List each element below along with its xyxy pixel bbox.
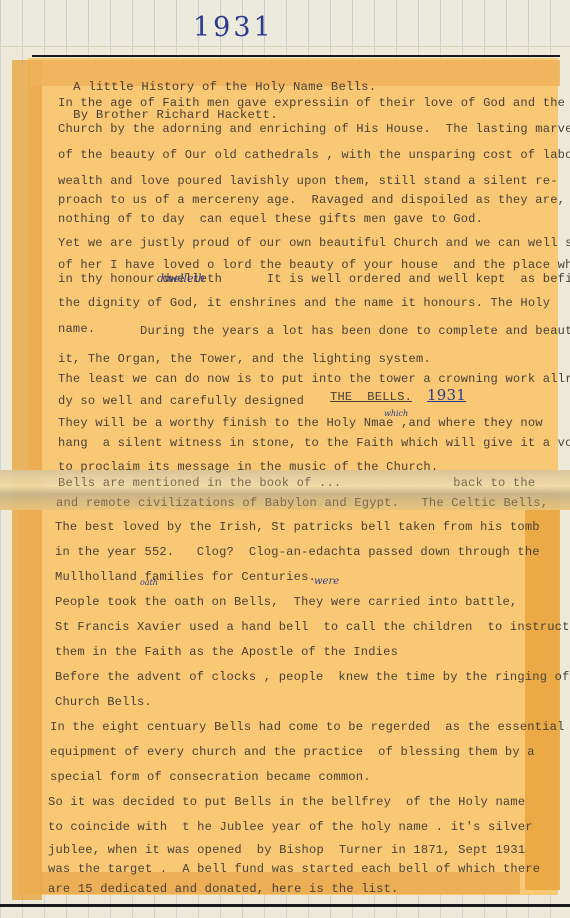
- typed-line: So it was decided to put Bells in the be…: [48, 795, 525, 809]
- the-bells-heading: THE BELLS.: [330, 390, 412, 404]
- typed-line: it, The Organ, the Tower, and the lighti…: [58, 352, 431, 366]
- typed-line: equipment of every church and the practi…: [50, 745, 535, 759]
- typed-line: in the year 552. Clog? Clog-an-edachta p…: [55, 545, 540, 559]
- typed-line: to proclaim its message in the music of …: [58, 460, 438, 474]
- document-title-row: A little History of the Holy Name Bells.…: [58, 66, 376, 122]
- typed-line: Church by the adorning and enriching of …: [58, 122, 570, 136]
- typed-line: to coincide with t he Jublee year of the…: [48, 820, 533, 834]
- typed-line: are 15 dedicated and donated, here is th…: [48, 882, 399, 896]
- typed-line: Mullholland families for Centuries.: [55, 570, 316, 584]
- handwritten-year: 1931: [193, 12, 274, 43]
- typed-line: They will be a worthy finish to the Holy…: [58, 416, 543, 430]
- annotation-oath: oath: [140, 578, 158, 587]
- typed-line: Before the advent of clocks , people kne…: [55, 670, 570, 684]
- annotation-were: were: [314, 576, 339, 587]
- typed-line: was the target . A bell fund was started…: [48, 862, 540, 876]
- typed-line: of the beauty of Our old cathedrals , wi…: [58, 148, 570, 162]
- typed-line: During the years a lot has been done to …: [58, 324, 570, 338]
- document-author: By Brother Richard Hackett.: [73, 108, 278, 122]
- typed-line: Yet we are justly proud of our own beaut…: [58, 236, 570, 250]
- typed-line: them in the Faith as the Apostle of the …: [55, 645, 398, 659]
- typed-line: nothing of to day can equel these gifts …: [58, 212, 483, 226]
- annotation-which: which: [384, 409, 408, 418]
- divider-rule-bottom: [0, 904, 570, 907]
- typed-line: proach to us of a mercereny age. Ravaged…: [58, 193, 565, 207]
- typed-line: Church Bells.: [55, 695, 152, 709]
- ledger-header-strip: 1931: [0, 0, 570, 47]
- typed-line: jublee, when it was opened by Bishop Tur…: [48, 843, 525, 857]
- typed-line: Bells are mentioned in the book of ... b…: [58, 476, 535, 490]
- typed-line: dy so well and carefully designed: [58, 394, 304, 408]
- typed-line: St Francis Xavier used a hand bell to ca…: [55, 620, 570, 634]
- document-title: A little History of the Holy Name Bells.: [73, 80, 376, 94]
- handwritten-bells-year: 1931: [427, 386, 466, 404]
- typed-line: of her I have loved o lord the beauty of…: [58, 258, 570, 272]
- typed-line: the dignity of God, it enshrines and the…: [58, 296, 550, 310]
- divider-rule: [32, 55, 560, 57]
- typed-line: The least we can do now is to put into t…: [58, 372, 570, 386]
- typed-line: wealth and love poured lavishly upon the…: [58, 174, 558, 188]
- typed-line: hang a silent witness in stone, to the F…: [58, 436, 570, 450]
- typed-line: In the age of Faith men gave expressiin …: [58, 96, 565, 110]
- typed-line: special form of consecration became comm…: [50, 770, 371, 784]
- typed-line: The best loved by the Irish, St patricks…: [55, 520, 540, 534]
- typed-line: and remote civilizations of Babylon and …: [56, 496, 548, 510]
- typed-line: In the eight centuary Bells had come to …: [50, 720, 565, 734]
- typed-line: in thy honour dwelleth It is well ordere…: [58, 272, 570, 286]
- typed-line: People took the oath on Bells, They were…: [55, 595, 517, 609]
- annotation-dwelleth: dwelleth: [157, 272, 205, 285]
